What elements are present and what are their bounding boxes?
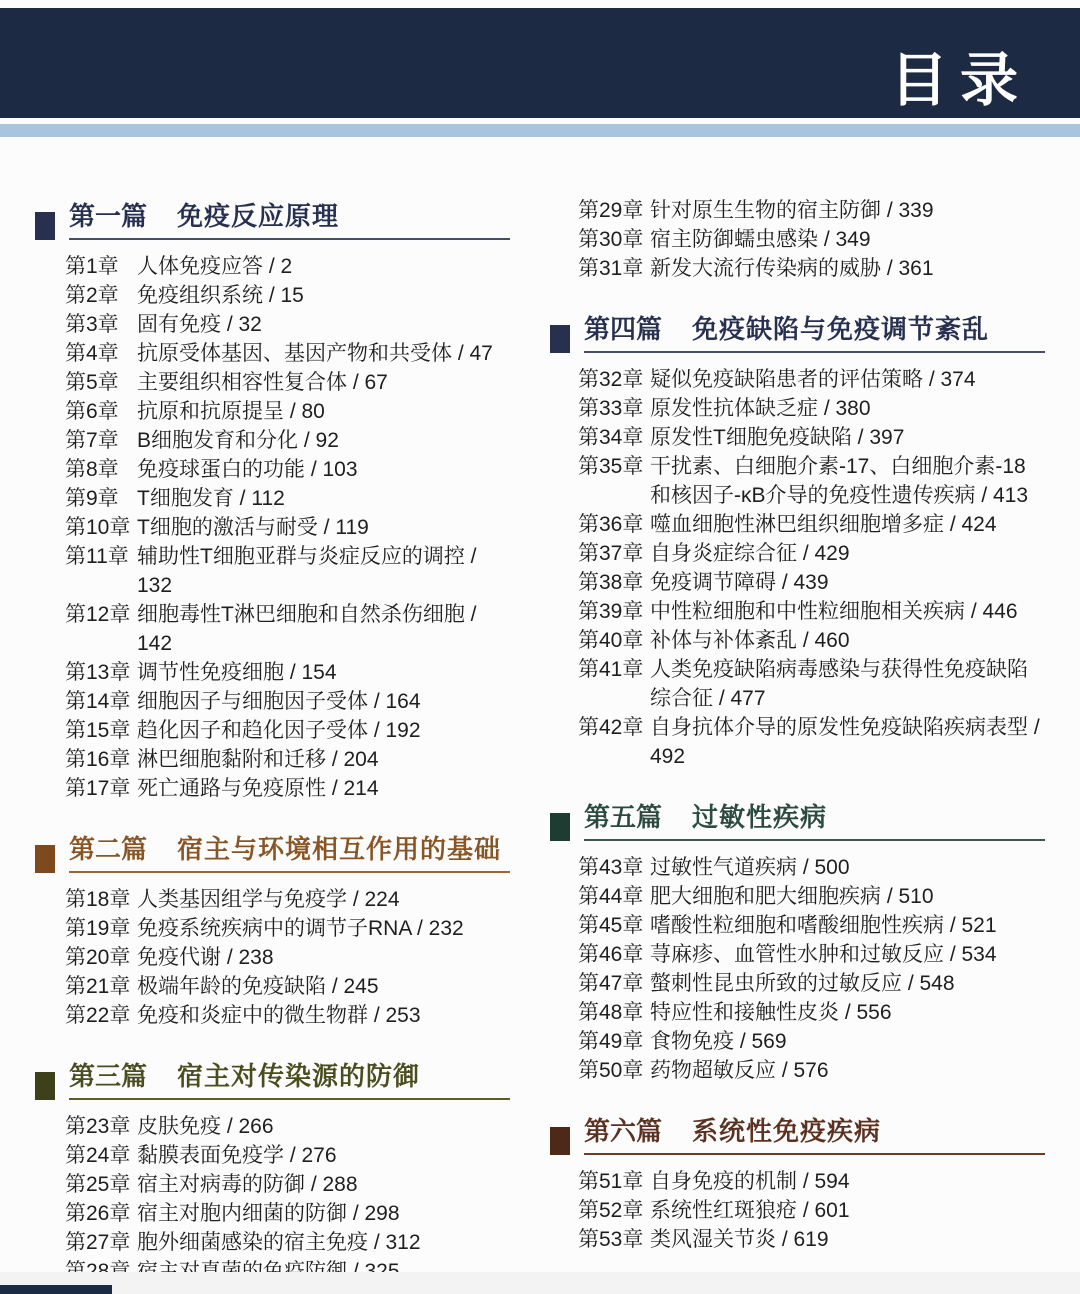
chapter-title: 自身抗体介导的原发性免疫缺陷疾病表型 / 492 [650, 713, 1045, 771]
chapter-number: 第48章 [578, 998, 650, 1027]
chapter-title: 噬血细胞性淋巴组织细胞增多症 / 424 [650, 510, 1045, 539]
chapter-number: 第27章 [65, 1228, 137, 1257]
chapter-title: 特应性和接触性皮炎 / 556 [650, 998, 1045, 1027]
chapter-list: 第23章皮肤免疫 / 266第24章黏膜表面免疫学 / 276第25章宿主对病毒… [35, 1112, 510, 1286]
chapter-title: 辅助性T细胞亚群与炎症反应的调控 / 132 [137, 542, 510, 600]
chapter-row: 第30章宿主防御蠕虫感染 / 349 [550, 225, 1045, 254]
chapter-title: 原发性T细胞免疫缺陷 / 397 [650, 423, 1045, 452]
chapter-title: T细胞的激活与耐受 / 119 [137, 513, 510, 542]
section-marker-icon [550, 325, 570, 353]
chapter-list: 第51章自身免疫的机制 / 594第52章系统性红斑狼疮 / 601第53章类风… [550, 1167, 1045, 1254]
section-label: 第三篇 [69, 1056, 147, 1093]
chapter-row: 第26章宿主对胞内细菌的防御 / 298 [35, 1199, 510, 1228]
chapter-number: 第20章 [65, 943, 137, 972]
chapter-row: 第3章固有免疫 / 32 [35, 310, 510, 339]
toc-section: 第四篇免疫缺陷与免疫调节紊乱第32章疑似免疫缺陷患者的评估策略 / 374第33… [550, 309, 1045, 771]
chapter-title: 黏膜表面免疫学 / 276 [137, 1141, 510, 1170]
toc-right-column: 第29章针对原生生物的宿主防御 / 339第30章宿主防御蠕虫感染 / 349第… [550, 196, 1045, 1286]
chapter-row: 第8章免疫球蛋白的功能 / 103 [35, 455, 510, 484]
chapter-title: 类风湿关节炎 / 619 [650, 1225, 1045, 1254]
chapter-title: 过敏性气道疾病 / 500 [650, 853, 1045, 882]
chapter-number: 第24章 [65, 1141, 137, 1170]
chapter-row: 第36章噬血细胞性淋巴组织细胞增多症 / 424 [550, 510, 1045, 539]
chapter-title: 免疫组织系统 / 15 [137, 281, 510, 310]
chapter-row: 第21章极端年龄的免疫缺陷 / 245 [35, 972, 510, 1001]
section-underline: 第三篇宿主对传染源的防御 [69, 1056, 510, 1100]
chapter-number: 第26章 [65, 1199, 137, 1228]
section-marker-icon [550, 813, 570, 841]
section-underline: 第一篇免疫反应原理 [69, 196, 510, 240]
chapter-number: 第53章 [578, 1225, 650, 1254]
chapter-title: 胞外细菌感染的宿主免疫 / 312 [137, 1228, 510, 1257]
chapter-number: 第47章 [578, 969, 650, 998]
chapter-number: 第49章 [578, 1027, 650, 1056]
chapter-number: 第23章 [65, 1112, 137, 1141]
toc-section: 第一篇免疫反应原理第1章人体免疫应答 / 2第2章免疫组织系统 / 15第3章固… [35, 196, 510, 803]
chapter-number: 第10章 [65, 513, 137, 542]
chapter-row: 第51章自身免疫的机制 / 594 [550, 1167, 1045, 1196]
chapter-title: 皮肤免疫 / 266 [137, 1112, 510, 1141]
chapter-row: 第18章人类基因组学与免疫学 / 224 [35, 885, 510, 914]
section-title: 免疫反应原理 [177, 196, 339, 233]
section-marker-icon [35, 1072, 55, 1100]
chapter-row: 第23章皮肤免疫 / 266 [35, 1112, 510, 1141]
section-heading: 第四篇免疫缺陷与免疫调节紊乱 [550, 309, 1045, 353]
chapter-title: T细胞发育 / 112 [137, 484, 510, 513]
section-heading: 第一篇免疫反应原理 [35, 196, 510, 240]
chapter-title: 食物免疫 / 569 [650, 1027, 1045, 1056]
chapter-title: 免疫球蛋白的功能 / 103 [137, 455, 510, 484]
chapter-title: 极端年龄的免疫缺陷 / 245 [137, 972, 510, 1001]
chapter-title: 新发大流行传染病的威胁 / 361 [650, 254, 1045, 283]
chapter-number: 第9章 [65, 484, 137, 513]
chapter-title: 干扰素、白细胞介素-17、白细胞介素-18和核因子-κB介导的免疫性遗传疾病 /… [650, 452, 1045, 510]
chapter-number: 第29章 [578, 196, 650, 225]
chapter-number: 第4章 [65, 339, 137, 368]
section-marker-icon [35, 212, 55, 240]
chapter-row: 第39章中性粒细胞和中性粒细胞相关疾病 / 446 [550, 597, 1045, 626]
chapter-number: 第25章 [65, 1170, 137, 1199]
section-underline: 第六篇系统性免疫疾病 [584, 1111, 1045, 1155]
chapter-title: 补体与补体紊乱 / 460 [650, 626, 1045, 655]
chapter-title: 死亡通路与免疫原性 / 214 [137, 774, 510, 803]
chapter-row: 第19章免疫系统疾病中的调节子RNA / 232 [35, 914, 510, 943]
header-band: 目录 [0, 8, 1080, 118]
section-label: 第二篇 [69, 829, 147, 866]
chapter-row: 第17章死亡通路与免疫原性 / 214 [35, 774, 510, 803]
chapter-number: 第30章 [578, 225, 650, 254]
section-title: 宿主对传染源的防御 [177, 1056, 420, 1093]
chapter-row: 第52章系统性红斑狼疮 / 601 [550, 1196, 1045, 1225]
chapter-row: 第46章荨麻疹、血管性水肿和过敏反应 / 534 [550, 940, 1045, 969]
chapter-title: 自身免疫的机制 / 594 [650, 1167, 1045, 1196]
chapter-number: 第45章 [578, 911, 650, 940]
chapter-number: 第1章 [65, 252, 137, 281]
chapter-title: 免疫和炎症中的微生物群 / 253 [137, 1001, 510, 1030]
chapter-title: 抗原和抗原提呈 / 80 [137, 397, 510, 426]
chapter-title: 宿主对病毒的防御 / 288 [137, 1170, 510, 1199]
chapter-title: 淋巴细胞黏附和迁移 / 204 [137, 745, 510, 774]
chapter-number: 第13章 [65, 658, 137, 687]
chapter-title: 嗜酸性粒细胞和嗜酸细胞性疾病 / 521 [650, 911, 1045, 940]
chapter-row: 第9章T细胞发育 / 112 [35, 484, 510, 513]
toc-section: 第二篇宿主与环境相互作用的基础第18章人类基因组学与免疫学 / 224第19章免… [35, 829, 510, 1030]
chapter-row: 第11章辅助性T细胞亚群与炎症反应的调控 / 132 [35, 542, 510, 600]
chapter-title: 药物超敏反应 / 576 [650, 1056, 1045, 1085]
chapter-list: 第1章人体免疫应答 / 2第2章免疫组织系统 / 15第3章固有免疫 / 32第… [35, 252, 510, 803]
toc-content: 第一篇免疫反应原理第1章人体免疫应答 / 2第2章免疫组织系统 / 15第3章固… [35, 196, 1045, 1286]
chapter-title: 人体免疫应答 / 2 [137, 252, 510, 281]
chapter-row: 第16章淋巴细胞黏附和迁移 / 204 [35, 745, 510, 774]
section-heading: 第三篇宿主对传染源的防御 [35, 1056, 510, 1100]
section-underline: 第五篇过敏性疾病 [584, 797, 1045, 841]
chapter-number: 第46章 [578, 940, 650, 969]
toc-section: 第三篇宿主对传染源的防御第23章皮肤免疫 / 266第24章黏膜表面免疫学 / … [35, 1056, 510, 1286]
chapter-number: 第11章 [65, 542, 137, 571]
chapter-number: 第35章 [578, 452, 650, 481]
chapter-title: 免疫系统疾病中的调节子RNA / 232 [137, 914, 510, 943]
chapter-row: 第47章螫刺性昆虫所致的过敏反应 / 548 [550, 969, 1045, 998]
chapter-title: 人类基因组学与免疫学 / 224 [137, 885, 510, 914]
chapter-list: 第18章人类基因组学与免疫学 / 224第19章免疫系统疾病中的调节子RNA /… [35, 885, 510, 1030]
chapter-title: 原发性抗体缺乏症 / 380 [650, 394, 1045, 423]
chapter-number: 第8章 [65, 455, 137, 484]
chapter-row: 第41章人类免疫缺陷病毒感染与获得性免疫缺陷综合征 / 477 [550, 655, 1045, 713]
chapter-row: 第33章原发性抗体缺乏症 / 380 [550, 394, 1045, 423]
chapter-row: 第34章原发性T细胞免疫缺陷 / 397 [550, 423, 1045, 452]
chapter-number: 第22章 [65, 1001, 137, 1030]
chapter-title: 固有免疫 / 32 [137, 310, 510, 339]
chapter-title: 荨麻疹、血管性水肿和过敏反应 / 534 [650, 940, 1045, 969]
section-underline: 第二篇宿主与环境相互作用的基础 [69, 829, 510, 873]
chapter-number: 第43章 [578, 853, 650, 882]
chapter-row: 第20章免疫代谢 / 238 [35, 943, 510, 972]
chapter-title: 系统性红斑狼疮 / 601 [650, 1196, 1045, 1225]
chapter-number: 第40章 [578, 626, 650, 655]
chapter-title: 细胞毒性T淋巴细胞和自然杀伤细胞 / 142 [137, 600, 510, 658]
chapter-row: 第50章药物超敏反应 / 576 [550, 1056, 1045, 1085]
section-label: 第一篇 [69, 196, 147, 233]
chapter-number: 第42章 [578, 713, 650, 742]
chapter-number: 第12章 [65, 600, 137, 629]
chapter-number: 第3章 [65, 310, 137, 339]
section-label: 第四篇 [584, 309, 662, 346]
chapter-number: 第32章 [578, 365, 650, 394]
chapter-number: 第2章 [65, 281, 137, 310]
chapter-number: 第31章 [578, 254, 650, 283]
chapter-row: 第38章免疫调节障碍 / 439 [550, 568, 1045, 597]
chapter-row: 第12章细胞毒性T淋巴细胞和自然杀伤细胞 / 142 [35, 600, 510, 658]
chapter-number: 第33章 [578, 394, 650, 423]
chapter-row: 第14章细胞因子与细胞因子受体 / 164 [35, 687, 510, 716]
chapter-row: 第29章针对原生生物的宿主防御 / 339 [550, 196, 1045, 225]
chapter-row: 第32章疑似免疫缺陷患者的评估策略 / 374 [550, 365, 1045, 394]
section-title: 宿主与环境相互作用的基础 [177, 829, 501, 866]
toc-left-column: 第一篇免疫反应原理第1章人体免疫应答 / 2第2章免疫组织系统 / 15第3章固… [35, 196, 510, 1286]
section-heading: 第五篇过敏性疾病 [550, 797, 1045, 841]
section-title: 过敏性疾病 [692, 797, 827, 834]
chapter-row: 第49章食物免疫 / 569 [550, 1027, 1045, 1056]
chapter-list: 第43章过敏性气道疾病 / 500第44章肥大细胞和肥大细胞疾病 / 510第4… [550, 853, 1045, 1085]
chapter-number: 第52章 [578, 1196, 650, 1225]
chapter-row: 第24章黏膜表面免疫学 / 276 [35, 1141, 510, 1170]
page-title: 目录 [890, 52, 1030, 110]
chapter-title: 人类免疫缺陷病毒感染与获得性免疫缺陷综合征 / 477 [650, 655, 1045, 713]
chapter-number: 第38章 [578, 568, 650, 597]
chapter-title: 细胞因子与细胞因子受体 / 164 [137, 687, 510, 716]
chapter-row: 第15章趋化因子和趋化因子受体 / 192 [35, 716, 510, 745]
chapter-row: 第44章肥大细胞和肥大细胞疾病 / 510 [550, 882, 1045, 911]
chapter-number: 第18章 [65, 885, 137, 914]
chapter-row: 第45章嗜酸性粒细胞和嗜酸细胞性疾病 / 521 [550, 911, 1045, 940]
section-title: 免疫缺陷与免疫调节紊乱 [692, 309, 989, 346]
chapter-number: 第41章 [578, 655, 650, 684]
section-marker-icon [35, 845, 55, 873]
section-label: 第六篇 [584, 1111, 662, 1148]
chapter-number: 第34章 [578, 423, 650, 452]
chapter-row: 第48章特应性和接触性皮炎 / 556 [550, 998, 1045, 1027]
chapter-title: 调节性免疫细胞 / 154 [137, 658, 510, 687]
chapter-title: 螫刺性昆虫所致的过敏反应 / 548 [650, 969, 1045, 998]
chapter-row: 第25章宿主对病毒的防御 / 288 [35, 1170, 510, 1199]
chapter-row: 第7章B细胞发育和分化 / 92 [35, 426, 510, 455]
chapter-row: 第13章调节性免疫细胞 / 154 [35, 658, 510, 687]
chapter-title: 趋化因子和趋化因子受体 / 192 [137, 716, 510, 745]
chapter-title: 疑似免疫缺陷患者的评估策略 / 374 [650, 365, 1045, 394]
chapter-title: 免疫调节障碍 / 439 [650, 568, 1045, 597]
chapter-number: 第15章 [65, 716, 137, 745]
chapter-list: 第29章针对原生生物的宿主防御 / 339第30章宿主防御蠕虫感染 / 349第… [550, 196, 1045, 283]
toc-section: 第六篇系统性免疫疾病第51章自身免疫的机制 / 594第52章系统性红斑狼疮 /… [550, 1111, 1045, 1254]
footer-navy-bar [0, 1285, 112, 1294]
chapter-row: 第22章免疫和炎症中的微生物群 / 253 [35, 1001, 510, 1030]
chapter-title: 宿主对胞内细菌的防御 / 298 [137, 1199, 510, 1228]
chapter-number: 第6章 [65, 397, 137, 426]
chapter-row: 第42章自身抗体介导的原发性免疫缺陷疾病表型 / 492 [550, 713, 1045, 771]
chapter-row: 第2章免疫组织系统 / 15 [35, 281, 510, 310]
chapter-title: 主要组织相容性复合体 / 67 [137, 368, 510, 397]
chapter-title: 针对原生生物的宿主防御 / 339 [650, 196, 1045, 225]
section-heading: 第二篇宿主与环境相互作用的基础 [35, 829, 510, 873]
chapter-number: 第16章 [65, 745, 137, 774]
chapter-number: 第44章 [578, 882, 650, 911]
accent-stripe [0, 124, 1080, 137]
toc-section: 第五篇过敏性疾病第43章过敏性气道疾病 / 500第44章肥大细胞和肥大细胞疾病… [550, 797, 1045, 1085]
section-label: 第五篇 [584, 797, 662, 834]
chapter-number: 第37章 [578, 539, 650, 568]
chapter-number: 第19章 [65, 914, 137, 943]
chapter-number: 第7章 [65, 426, 137, 455]
chapter-number: 第51章 [578, 1167, 650, 1196]
chapter-row: 第6章抗原和抗原提呈 / 80 [35, 397, 510, 426]
chapter-number: 第5章 [65, 368, 137, 397]
chapter-number: 第36章 [578, 510, 650, 539]
chapter-number: 第14章 [65, 687, 137, 716]
chapter-number: 第39章 [578, 597, 650, 626]
chapter-row: 第37章自身炎症综合征 / 429 [550, 539, 1045, 568]
chapter-row: 第31章新发大流行传染病的威胁 / 361 [550, 254, 1045, 283]
toc-section-continued: 第29章针对原生生物的宿主防御 / 339第30章宿主防御蠕虫感染 / 349第… [550, 196, 1045, 283]
chapter-number: 第50章 [578, 1056, 650, 1085]
chapter-row: 第53章类风湿关节炎 / 619 [550, 1225, 1045, 1254]
chapter-row: 第40章补体与补体紊乱 / 460 [550, 626, 1045, 655]
chapter-number: 第17章 [65, 774, 137, 803]
chapter-title: B细胞发育和分化 / 92 [137, 426, 510, 455]
chapter-row: 第10章T细胞的激活与耐受 / 119 [35, 513, 510, 542]
chapter-title: 抗原受体基因、基因产物和共受体 / 47 [137, 339, 510, 368]
chapter-title: 免疫代谢 / 238 [137, 943, 510, 972]
chapter-number: 第21章 [65, 972, 137, 1001]
section-heading: 第六篇系统性免疫疾病 [550, 1111, 1045, 1155]
chapter-row: 第27章胞外细菌感染的宿主免疫 / 312 [35, 1228, 510, 1257]
chapter-row: 第35章干扰素、白细胞介素-17、白细胞介素-18和核因子-κB介导的免疫性遗传… [550, 452, 1045, 510]
chapter-title: 自身炎症综合征 / 429 [650, 539, 1045, 568]
section-underline: 第四篇免疫缺陷与免疫调节紊乱 [584, 309, 1045, 353]
section-marker-icon [550, 1127, 570, 1155]
chapter-title: 中性粒细胞和中性粒细胞相关疾病 / 446 [650, 597, 1045, 626]
chapter-row: 第5章主要组织相容性复合体 / 67 [35, 368, 510, 397]
chapter-title: 宿主防御蠕虫感染 / 349 [650, 225, 1045, 254]
chapter-list: 第32章疑似免疫缺陷患者的评估策略 / 374第33章原发性抗体缺乏症 / 38… [550, 365, 1045, 771]
chapter-row: 第43章过敏性气道疾病 / 500 [550, 853, 1045, 882]
footer-strip [0, 1272, 1080, 1294]
chapter-title: 肥大细胞和肥大细胞疾病 / 510 [650, 882, 1045, 911]
chapter-row: 第1章人体免疫应答 / 2 [35, 252, 510, 281]
chapter-row: 第4章抗原受体基因、基因产物和共受体 / 47 [35, 339, 510, 368]
section-title: 系统性免疫疾病 [692, 1111, 881, 1148]
